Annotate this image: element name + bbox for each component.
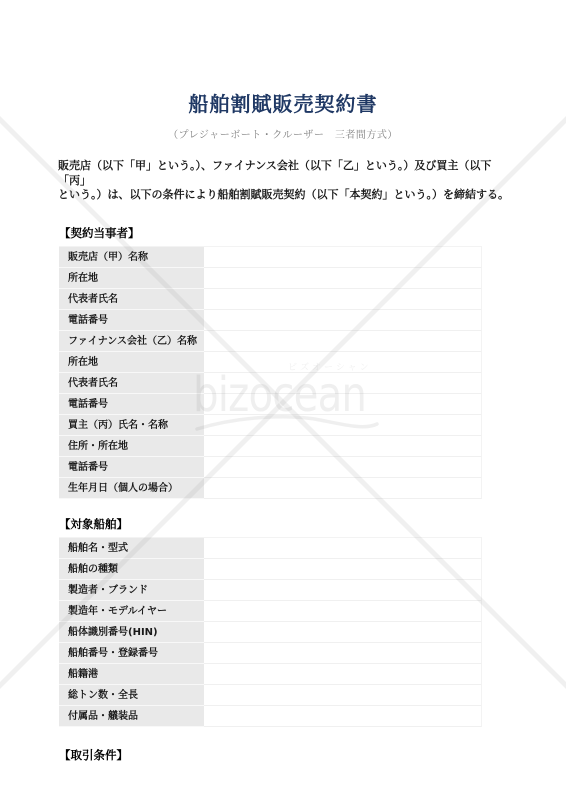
contract-section: 【対象船舶】 船舶名・型式 船舶の種類 製造者・ブランド 製造年・モデルイヤー … xyxy=(59,516,566,727)
section-heading: 【契約当事者】 xyxy=(59,225,566,241)
table-row: 住所・所在地 xyxy=(59,436,482,457)
row-label-cell: 所在地 xyxy=(59,268,204,289)
row-label-cell: 生年月日（個人の場合） xyxy=(59,478,204,499)
contract-section: 【契約当事者】 販売店（甲）名称 所在地 代表者氏名 電話番号 ファイナンス会社… xyxy=(59,225,566,499)
row-label-cell: 電話番号 xyxy=(59,394,204,415)
row-label-cell: 買主（丙）氏名・名称 xyxy=(59,415,204,436)
table-row: 製造年・モデルイヤー xyxy=(59,601,482,622)
table-row: 電話番号 xyxy=(59,394,482,415)
table-row: 電話番号 xyxy=(59,310,482,331)
section-heading: 【対象船舶】 xyxy=(59,516,566,532)
table-row: 船籍港 xyxy=(59,664,482,685)
row-label-cell: 製造者・ブランド xyxy=(59,580,204,601)
row-value-cell xyxy=(204,310,482,331)
row-value-cell xyxy=(204,664,482,685)
row-label-cell: 製造年・モデルイヤー xyxy=(59,601,204,622)
table-row: 所在地 xyxy=(59,268,482,289)
table-row: 船体識別番号(HIN) xyxy=(59,622,482,643)
row-value-cell xyxy=(204,538,482,559)
row-value-cell xyxy=(204,706,482,727)
row-value-cell xyxy=(204,415,482,436)
row-label-cell: 船籍港 xyxy=(59,664,204,685)
contract-section: 【取引条件】 xyxy=(59,747,566,763)
row-value-cell xyxy=(204,478,482,499)
row-value-cell xyxy=(204,373,482,394)
table-row: 所在地 xyxy=(59,352,482,373)
row-value-cell xyxy=(204,436,482,457)
document-page: ビズオーシャン bizocean 船舶割賦販売契約書 （プレジャーボート・クルー… xyxy=(0,0,566,800)
section-heading: 【取引条件】 xyxy=(59,747,566,763)
table-row: 付属品・艤装品 xyxy=(59,706,482,727)
row-label-cell: 代表者氏名 xyxy=(59,289,204,310)
row-value-cell xyxy=(204,268,482,289)
row-label-cell: 販売店（甲）名称 xyxy=(59,247,204,268)
row-value-cell xyxy=(204,559,482,580)
table-row: 買主（丙）氏名・名称 xyxy=(59,415,482,436)
row-label-cell: 代表者氏名 xyxy=(59,373,204,394)
table-row: 代表者氏名 xyxy=(59,289,482,310)
row-label-cell: 船体識別番号(HIN) xyxy=(59,622,204,643)
row-label-cell: 付属品・艤装品 xyxy=(59,706,204,727)
row-value-cell xyxy=(204,352,482,373)
row-value-cell xyxy=(204,622,482,643)
page-subtitle: （プレジャーボート・クルーザー 三者間方式） xyxy=(0,126,566,141)
page-title: 船舶割賦販売契約書 xyxy=(0,88,566,117)
row-label-cell: ファイナンス会社（乙）名称 xyxy=(59,331,204,352)
table-row: 船舶名・型式 xyxy=(59,538,482,559)
table-row: 製造者・ブランド xyxy=(59,580,482,601)
contract-table: 販売店（甲）名称 所在地 代表者氏名 電話番号 ファイナンス会社（乙）名称 所在… xyxy=(59,246,482,499)
table-row: 船舶の種類 xyxy=(59,559,482,580)
row-value-cell xyxy=(204,685,482,706)
row-label-cell: 船舶番号・登録番号 xyxy=(59,643,204,664)
row-label-cell: 所在地 xyxy=(59,352,204,373)
table-row: 生年月日（個人の場合） xyxy=(59,478,482,499)
row-value-cell xyxy=(204,457,482,478)
row-value-cell xyxy=(204,643,482,664)
row-value-cell xyxy=(204,601,482,622)
row-label-cell: 住所・所在地 xyxy=(59,436,204,457)
sections: 【契約当事者】 販売店（甲）名称 所在地 代表者氏名 電話番号 ファイナンス会社… xyxy=(0,225,566,763)
table-row: 総トン数・全長 xyxy=(59,685,482,706)
row-value-cell xyxy=(204,331,482,352)
row-value-cell xyxy=(204,289,482,310)
row-label-cell: 電話番号 xyxy=(59,457,204,478)
row-value-cell xyxy=(204,247,482,268)
table-row: ファイナンス会社（乙）名称 xyxy=(59,331,482,352)
table-row: 販売店（甲）名称 xyxy=(59,247,482,268)
row-label-cell: 総トン数・全長 xyxy=(59,685,204,706)
table-row: 代表者氏名 xyxy=(59,373,482,394)
row-value-cell xyxy=(204,394,482,415)
table-row: 船舶番号・登録番号 xyxy=(59,643,482,664)
row-label-cell: 電話番号 xyxy=(59,310,204,331)
row-label-cell: 船舶の種類 xyxy=(59,559,204,580)
intro-paragraph: 販売店（以下「甲」という。）、ファイナンス会社（以下「乙」という。）及び買主（以… xyxy=(58,159,511,203)
row-label-cell: 船舶名・型式 xyxy=(59,538,204,559)
row-value-cell xyxy=(204,580,482,601)
table-row: 電話番号 xyxy=(59,457,482,478)
contract-table: 船舶名・型式 船舶の種類 製造者・ブランド 製造年・モデルイヤー 船体識別番号(… xyxy=(59,537,482,727)
